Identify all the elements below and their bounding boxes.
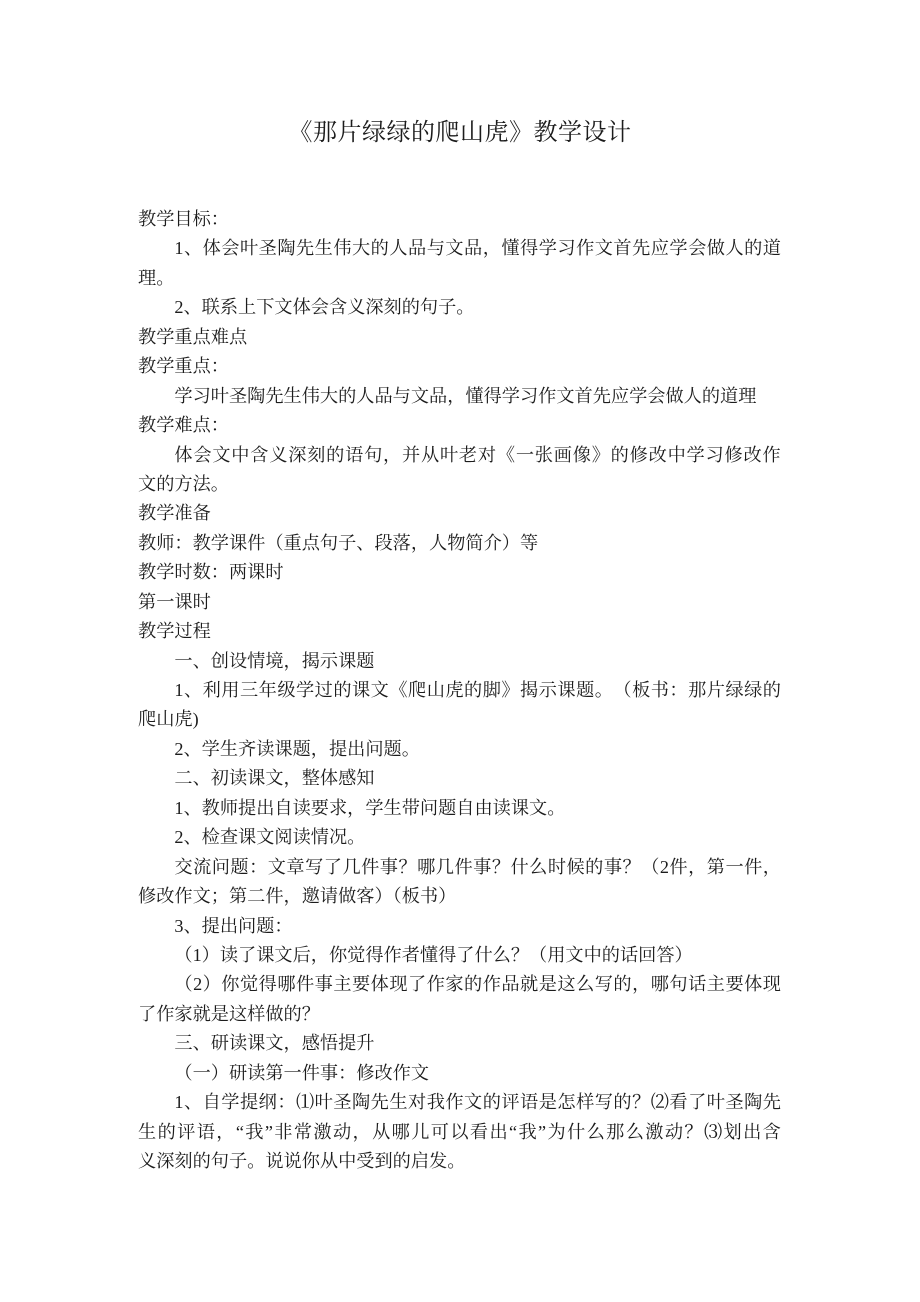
document-line: 2、检查课文阅读情况。 xyxy=(138,823,781,852)
document-body: 教学目标：1、体会叶圣陶先生伟大的人品与文品，懂得学习作文首先应学会做人的道理。… xyxy=(138,205,781,1176)
document-line: 教学重点难点 xyxy=(138,323,781,352)
document-line: 爬山虎) xyxy=(138,705,781,734)
document-line: 教学重点： xyxy=(138,352,781,381)
document-line: 3、提出问题： xyxy=(138,912,781,941)
document-line: （2）你觉得哪件事主要体现了作家的作品就是这么写的，哪句话主要体现 xyxy=(138,970,781,999)
document-line: 1、自学提纲：⑴叶圣陶先生对我作文的评语是怎样写的？⑵看了叶圣陶先 xyxy=(138,1088,781,1117)
document-line: （一）研读第一件事：修改作文 xyxy=(138,1059,781,1088)
document-line: 教学时数：两课时 xyxy=(138,558,781,587)
document-line: 义深刻的句子。说说你从中受到的启发。 xyxy=(138,1147,781,1176)
document-line: 文的方法。 xyxy=(138,470,781,499)
document-line: 三、研读课文，感悟提升 xyxy=(138,1029,781,1058)
document-line: 学习叶圣陶先生伟大的人品与文品，懂得学习作文首先应学会做人的道理 xyxy=(138,382,781,411)
document-line: 理。 xyxy=(138,264,781,293)
document-line: （1）读了课文后，你觉得作者懂得了什么？（用文中的话回答） xyxy=(138,941,781,970)
document-line: 体会文中含义深刻的语句，并从叶老对《一张画像》的修改中学习修改作 xyxy=(138,441,781,470)
document-line: 1、体会叶圣陶先生伟大的人品与文品，懂得学习作文首先应学会做人的道 xyxy=(138,234,781,263)
document-line: 教学目标： xyxy=(138,205,781,234)
document-line: 2、学生齐读课题，提出问题。 xyxy=(138,735,781,764)
document-page: 《那片绿绿的爬山虎》教学设计 教学目标：1、体会叶圣陶先生伟大的人品与文品，懂得… xyxy=(0,0,920,1302)
document-line: 了作家就是这样做的？ xyxy=(138,1000,781,1029)
document-line: 教学过程 xyxy=(138,617,781,646)
document-line: 交流问题：文章写了几件事？哪几件事？什么时候的事？（2件，第一件， xyxy=(138,853,781,882)
document-line: 生的评语，“我”非常激动，从哪儿可以看出“我”为什么那么激动？⑶划出含 xyxy=(138,1118,781,1147)
document-line: 第一课时 xyxy=(138,588,781,617)
document-line: 一、创设情境，揭示课题 xyxy=(138,647,781,676)
document-line: 二、初读课文，整体感知 xyxy=(138,764,781,793)
document-line: 1、教师提出自读要求，学生带问题自由读课文。 xyxy=(138,794,781,823)
document-line: 1、利用三年级学过的课文《爬山虎的脚》揭示课题。（板书：那片绿绿的 xyxy=(138,676,781,705)
document-line: 教师：教学课件（重点句子、段落，人物简介）等 xyxy=(138,529,781,558)
document-line: 教学准备 xyxy=(138,499,781,528)
document-line: 教学难点： xyxy=(138,411,781,440)
document-line: 2、联系上下文体会含义深刻的句子。 xyxy=(138,293,781,322)
document-title: 《那片绿绿的爬山虎》教学设计 xyxy=(0,116,920,150)
document-line: 修改作文；第二件，邀请做客）（板书） xyxy=(138,882,781,911)
